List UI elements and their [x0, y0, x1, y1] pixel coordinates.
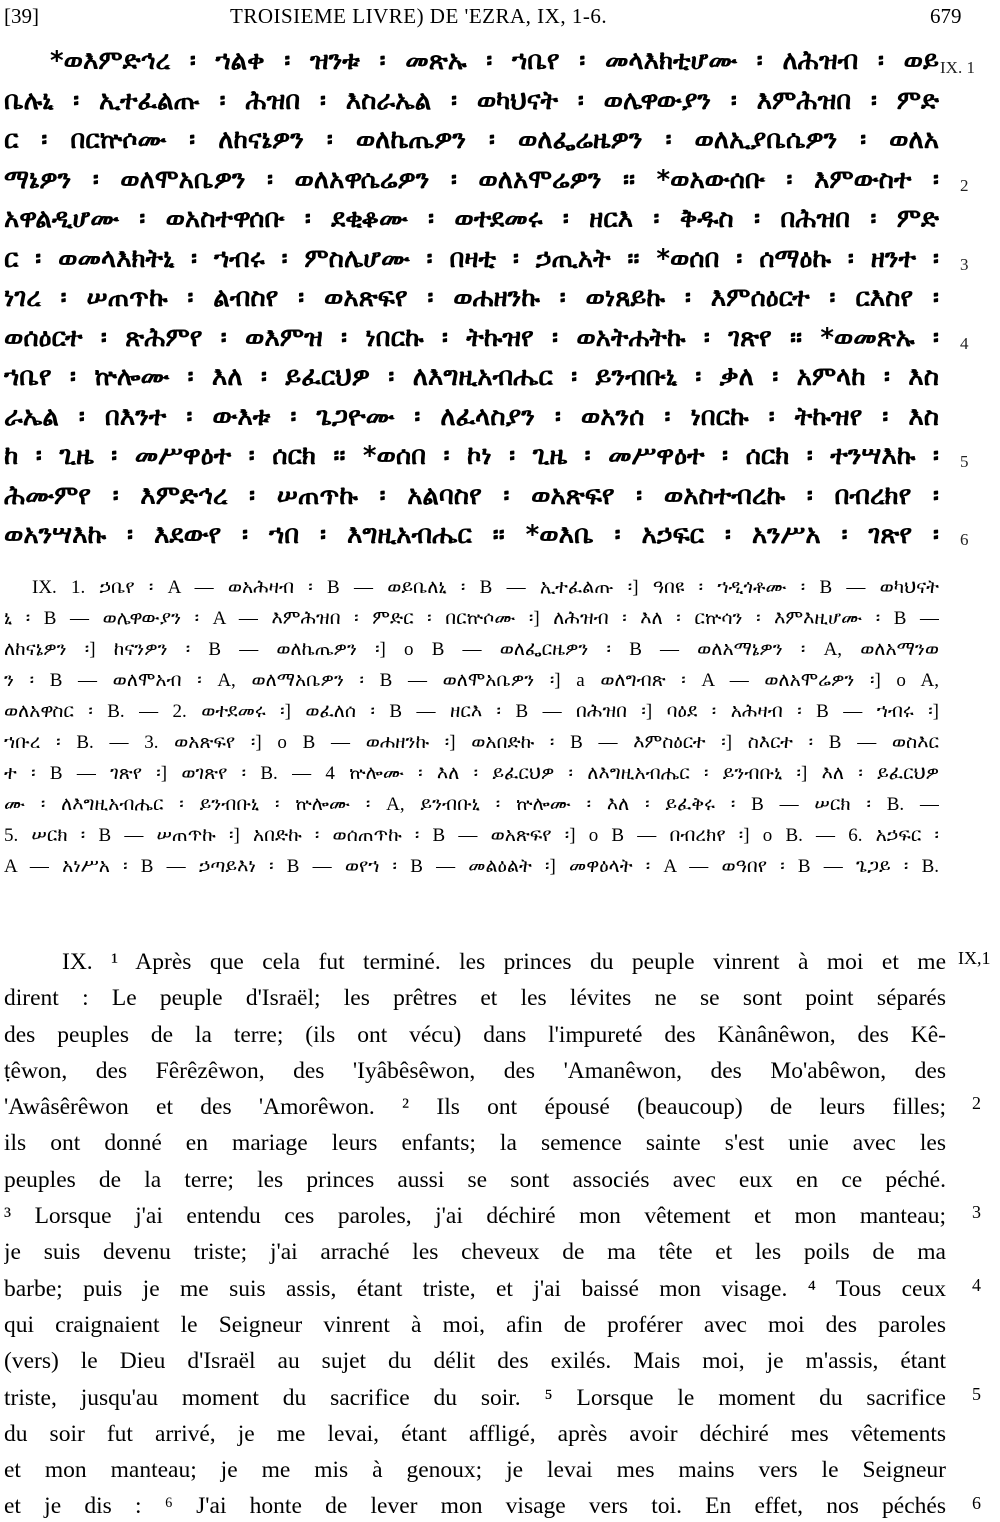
verse-number: 2 — [960, 176, 969, 196]
verse-number: IX,1 — [958, 948, 991, 969]
verse-number: 6 — [972, 1493, 981, 1514]
ethiopic-line: ቤሉኒ ፡ ኢተፈልጡ ፡ ሕዝበ ፡ እስራኤል ፡ ወካህናት ፡ ወሌዋው… — [4, 82, 939, 122]
french-line: peuples de la terre; les princes aussi s… — [4, 1162, 946, 1198]
verse-number: 4 — [972, 1275, 981, 1296]
page-signature: [39] — [4, 4, 39, 29]
running-header: [39] TROISIEME LIVRE) DE 'EZRA, IX, 1-6.… — [0, 4, 1000, 30]
apparatus-line: ተ ፡ B — ገጽየ ፡] ወገጽየ ፡ B. — 4 ኵሎሙ ፡ እለ ፡ … — [4, 758, 939, 789]
ethiopic-line: ር ፡ ወመላእክትኒ ፡ ኀብሩ ፡ ምስሌሆሙ ፡ በዛቲ ፡ ኃጢአት ።… — [4, 240, 939, 280]
french-line: qui craignaient le Seigneur vinrent à mo… — [4, 1307, 946, 1343]
verse-number: 3 — [960, 255, 969, 275]
apparatus-line: A — አነሥአ ፡ B — ኃጣይእነ ፡ B — ወየኀ ፡ B — መልዕ… — [4, 851, 939, 882]
ethiopic-line: *ወእምድኅረ ፡ ኀልቀ ፡ ዝንቱ ፡ መጽኡ ፡ ኀቤየ ፡ መላእክቲሆ… — [4, 42, 939, 82]
french-line: du soir fut arrivé, je me levai, étant a… — [4, 1416, 946, 1452]
ethiopic-line: ነገረ ፡ ሠጠጥኩ ፡ ልብስየ ፡ ወአጽፍየ ፡ ወሐዘንኩ ፡ ወነጸይ… — [4, 279, 939, 319]
ethiopic-line: ኀቤየ ፡ ኵሎሙ ፡ እለ ፡ ይፈርህዎ ፡ ለእግዚአብሔር ፡ ይንብቡ… — [4, 358, 939, 398]
french-line: triste, jusqu'au moment du sacrifice du … — [4, 1380, 946, 1416]
ethiopic-line: ወአንሣእኩ ፡ እደውየ ፡ ኀበ ፡ እግዚአብሔር ። *ወእቤ ፡ አኃ… — [4, 516, 939, 556]
apparatus-line: ን ፡ B — ወለሞአብ ፡ A, ወለማአቤዎን ፡ B — ወለሞአቤዎን… — [4, 665, 939, 696]
verse-number: 2 — [972, 1093, 981, 1114]
verse-number: IX. 1 — [940, 58, 975, 78]
french-line: et je dis : ⁶ J'ai honte de lever mon vi… — [4, 1488, 946, 1522]
apparatus-line: ለከናኔዎን ፡] ከናንዎን ፡ B — ወለኬጤዎን ፡] o B — ወለ… — [4, 634, 939, 665]
french-translation: IX. ¹ Après que cela fut terminé. les pr… — [4, 944, 946, 1522]
verse-number: 6 — [960, 530, 969, 550]
apparatus-line: ወለአዋስር ፡ B. — 2. ወተደመሩ ፡] ወፈለሰ ፡ B — ዘርእ… — [4, 696, 939, 727]
apparatus-line: ኒ ፡ B — ወሌዋውያን ፡ A — እምሕዝበ ፡ ምድር ፡ በርኵሶሙ… — [4, 603, 939, 634]
french-line: IX. ¹ Après que cela fut terminé. les pr… — [4, 944, 946, 980]
french-line: ³ Lorsque j'ai entendu ces paroles, j'ai… — [4, 1198, 946, 1234]
french-line: des peuples de la terre; (ils ont vécu) … — [4, 1017, 946, 1053]
ethiopic-line: ር ፡ በርኵሶሙ ፡ ለከናኔዎን ፡ ወለኬጤዎን ፡ ወለፌሬዜዎን ፡ … — [4, 121, 939, 161]
french-line: barbe; puis je me suis assis, étant tris… — [4, 1271, 946, 1307]
apparatus-line: 5. ሠርክ ፡ B — ሠጠጥኩ ፡] አበድኩ ፡ ወሰጠጥኩ ፡ B — … — [4, 820, 939, 851]
apparatus-line: ሙ ፡ ለእግዚአብሔር ፡ ይንብቡኒ ፡ ኵሎሙ ፡ A, ይንብቡኒ ፡ … — [4, 789, 939, 820]
ethiopic-text-block: *ወእምድኅረ ፡ ኀልቀ ፡ ዝንቱ ፡ መጽኡ ፡ ኀቤየ ፡ መላእክቲሆ… — [4, 42, 939, 556]
french-line: dirent : Le peuple d'Israël; les prêtres… — [4, 980, 946, 1016]
french-line: et mon manteau; je me mis à genoux; je l… — [4, 1452, 946, 1488]
apparatus-line: ኀቡረ ፡ B. — 3. ወአጽፍየ ፡] o B — ወሐዘንኩ ፡] ወአ… — [4, 727, 939, 758]
verse-number: 5 — [960, 452, 969, 472]
french-line: je suis devenu triste; j'ai arraché les … — [4, 1234, 946, 1270]
verse-number: 5 — [972, 1384, 981, 1405]
french-line: ils ont donné en mariage leurs enfants; … — [4, 1125, 946, 1161]
french-line: 'Awâsêrêwon et des 'Amorêwon. ² Ils ont … — [4, 1089, 946, 1125]
ethiopic-line: ወሰዕርተ ፡ ጽሕምየ ፡ ወእምዝ ፡ ነበርኩ ፡ ትኩዝየ ፡ ወአትሐ… — [4, 319, 939, 359]
french-line: (vers) le Dieu d'Israël au sujet du déli… — [4, 1343, 946, 1379]
apparatus-line: IX. 1. ኃቤየ ፡ A — ወአሕዛብ ፡ B — ወይቤለኒ ፡ B —… — [4, 572, 939, 603]
running-title: TROISIEME LIVRE) DE 'EZRA, IX, 1-6. — [230, 4, 607, 29]
ethiopic-line: ከ ፡ ጊዜ ፡ መሥዋዕተ ፡ ሰርክ ። *ወሰበ ፡ ኮነ ፡ ጊዜ ፡ … — [4, 437, 939, 477]
verse-number: 4 — [960, 334, 969, 354]
verse-number: 3 — [972, 1202, 981, 1223]
ethiopic-line: ማኔዎን ፡ ወለሞአቤዎን ፡ ወለአዋሴሬዎን ፡ ወለአሞሬዎን ። *ወ… — [4, 161, 939, 201]
ethiopic-line: ሕሙምየ ፡ እምድኅረ ፡ ሠጠጥኩ ፡ አልባስየ ፡ ወአጽፍየ ፡ ወአ… — [4, 477, 939, 517]
critical-apparatus: IX. 1. ኃቤየ ፡ A — ወአሕዛብ ፡ B — ወይቤለኒ ፡ B —… — [4, 572, 939, 882]
page-number: 679 — [930, 4, 962, 29]
french-line: ṭêwon, des Fêrêzêwon, des 'Iyâbêsêwon, d… — [4, 1053, 946, 1089]
ethiopic-line: አዋልዲሆሙ ፡ ወአስተዋሰቡ ፡ ደቂቆሙ ፡ ወተደመሩ ፡ ዘርእ ፡ … — [4, 200, 939, 240]
ethiopic-line: ራኤል ፡ በእንተ ፡ ውእቱ ፡ ጌጋዮሙ ፡ ለፈላስያን ፡ ወአንሰ … — [4, 398, 939, 438]
